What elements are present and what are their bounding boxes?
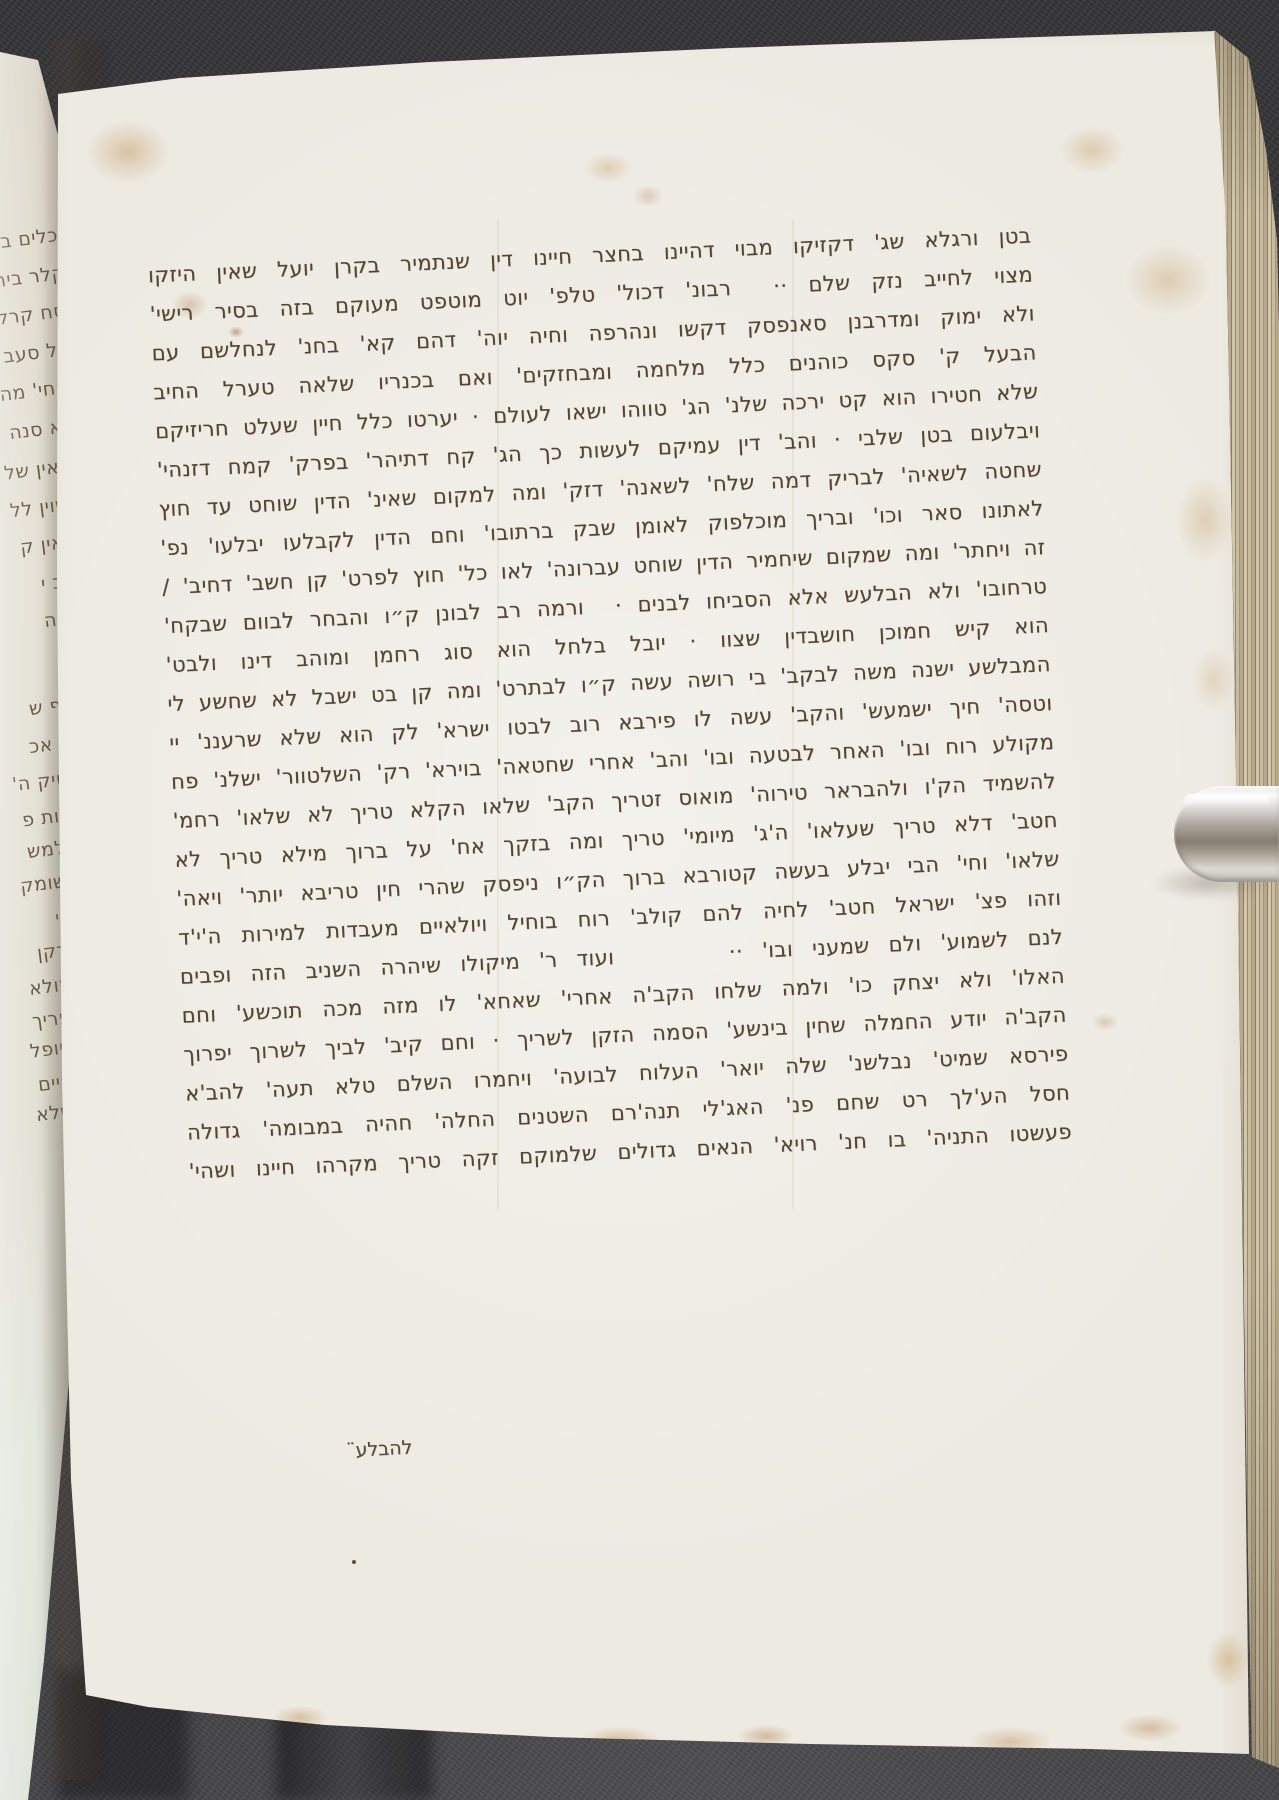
catchword: להבלע̈ — [335, 1436, 432, 1463]
ink-dot — [352, 1560, 356, 1564]
manuscript-page: בטן ורגלא שג' דקזיקו מבוי דהיינו בחצר חי… — [0, 0, 1279, 1800]
photo-backdrop: לזכלים בטע הקלר ביח י אסח קרל ס נטל סעב … — [0, 0, 1279, 1800]
page-text-block: בטן ורגלא שג' דקזיקו מבוי דהיינו בחצר חי… — [147, 216, 1073, 1191]
glass-page-weight — [1174, 786, 1279, 882]
